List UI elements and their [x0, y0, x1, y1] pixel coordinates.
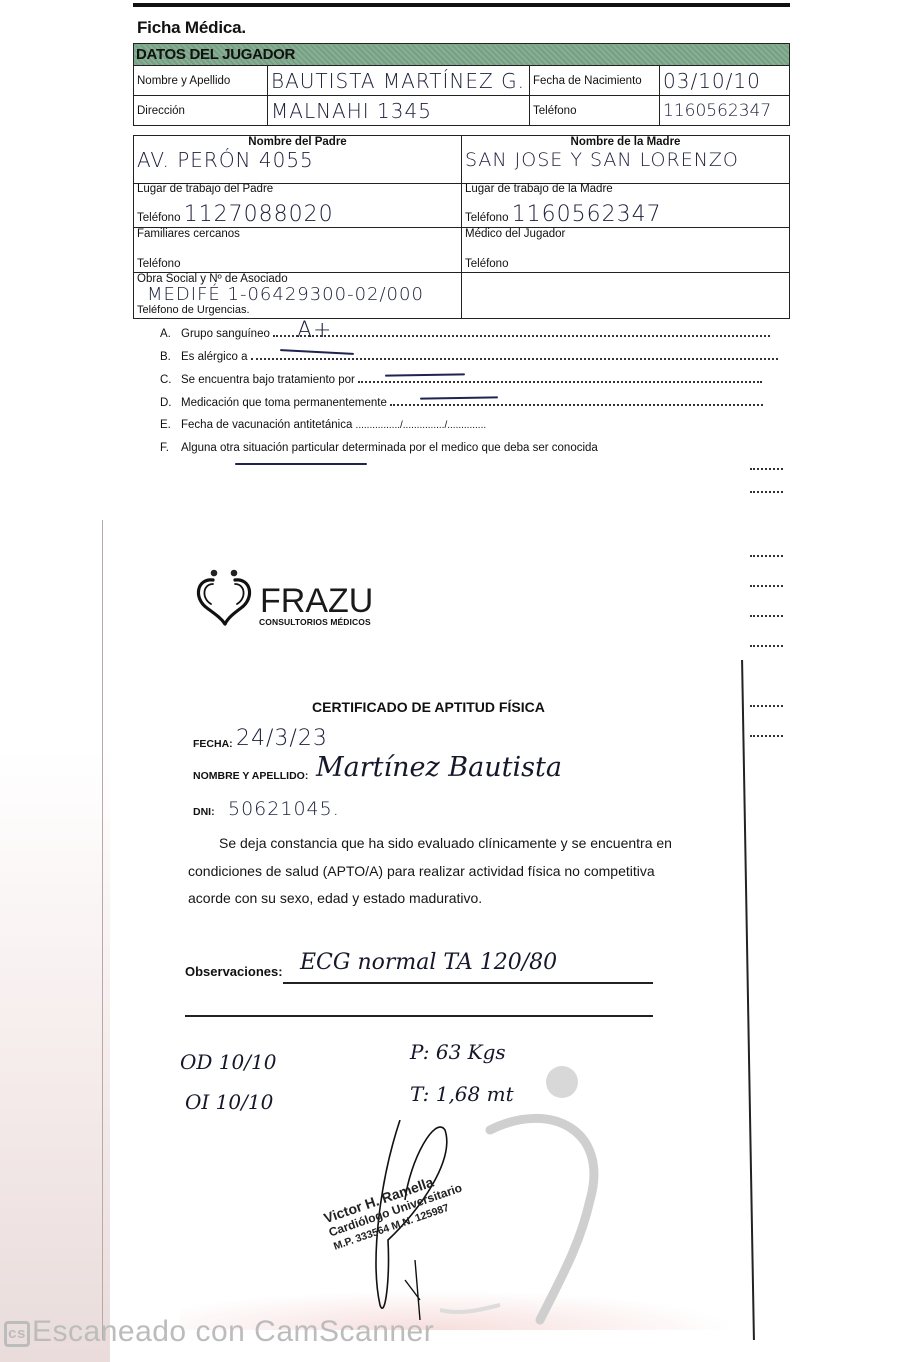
- clinic-name: FRAZU: [260, 582, 373, 621]
- question-letter: D.: [160, 397, 181, 409]
- vision-od-note: OD 10/10: [180, 1050, 276, 1074]
- relatives-label: Familiares cercanos: [137, 228, 458, 241]
- heart-figures-logo-icon: [195, 568, 257, 630]
- empty-cell: [462, 273, 790, 319]
- relatives-phone-label: Teléfono: [137, 258, 180, 271]
- observations-label: Observaciones:: [185, 964, 283, 979]
- question-letter: B.: [160, 351, 181, 363]
- question-letter: C.: [160, 374, 181, 386]
- vision-oi-note: OI 10/10: [185, 1090, 273, 1114]
- handwritten-dash: [235, 463, 367, 465]
- phone-field[interactable]: 1160562347: [660, 96, 790, 126]
- scanner-watermark: csEscaneado con CamScanner: [4, 1315, 434, 1349]
- dni-field[interactable]: 50621045.: [228, 798, 340, 820]
- certificate-title: CERTIFICADO DE APTITUD FÍSICA: [312, 699, 545, 715]
- question-letter: E.: [160, 419, 181, 431]
- insurance-field[interactable]: MEDIFÉ 1-06429300-02/000: [137, 286, 458, 304]
- question-text: Alguna otra situación particular determi…: [181, 442, 598, 454]
- vaccination-date-field[interactable]: ................/.............../.......…: [356, 420, 487, 431]
- parents-table: Nombre del Padre AV. PERÓN 4055 Lugar de…: [133, 135, 790, 319]
- certificate-body-line-1: Se deja constancia que ha sido evaluado …: [188, 829, 672, 857]
- observations-field[interactable]: ECG normal TA 120/80: [300, 950, 557, 975]
- question-text: Es alérgico a: [181, 351, 247, 363]
- mother-header: Nombre de la Madre: [465, 136, 786, 149]
- camscanner-logo-icon: cs: [4, 1321, 30, 1347]
- date-field[interactable]: 24/3/23: [236, 726, 328, 751]
- father-name-field[interactable]: AV. PERÓN 4055: [137, 149, 458, 171]
- mother-phone-label: Teléfono: [465, 212, 508, 224]
- mother-cell: Nombre de la Madre SAN JOSE Y SAN LORENZ…: [462, 136, 790, 184]
- question-a: A.Grupo sanguíneo: [160, 328, 770, 340]
- dotted-leader: [750, 468, 783, 470]
- page-title: Ficha Médica.: [137, 18, 246, 38]
- insurance-cell: Obra Social y Nº de Asociado MEDIFÉ 1-06…: [134, 273, 462, 319]
- dotted-leader: [750, 491, 783, 493]
- emergency-phone-label: Teléfono de Urgencias.: [137, 304, 458, 317]
- birth-date-label: Fecha de Nacimiento: [530, 66, 660, 96]
- name-label: Nombre y Apellido: [134, 66, 268, 96]
- question-text: Fecha de vacunación antitetánica: [181, 419, 352, 431]
- mother-phone-cell: Teléfono 1160562347: [462, 184, 790, 228]
- patient-name-field[interactable]: Martínez Bautista: [316, 752, 562, 783]
- question-text: Se encuentra bajo tratamiento por: [181, 374, 355, 386]
- phone-label: Teléfono: [530, 96, 660, 126]
- doctor-label: Médico del Jugador: [465, 228, 786, 241]
- observations-underline: [283, 982, 653, 984]
- player-data-table: DATOS DEL JUGADOR Nombre y Apellido BAUT…: [133, 43, 790, 126]
- doctor-phone-label: Teléfono: [465, 258, 508, 271]
- answer-line[interactable]: [273, 329, 770, 337]
- question-letter: F.: [160, 442, 181, 454]
- observations-second-line: [185, 1015, 653, 1017]
- date-label: FECHA:: [193, 738, 233, 750]
- dotted-leader: [750, 705, 783, 707]
- mother-name-field[interactable]: SAN JOSE Y SAN LORENZO: [465, 149, 786, 171]
- paper-edge-right: [741, 660, 755, 1340]
- certificate-body-line-2: condiciones de salud (APTO/A) para reali…: [188, 857, 655, 885]
- dotted-leader: [750, 645, 783, 647]
- patient-name-label: NOMBRE Y APELLIDO:: [193, 770, 308, 782]
- blood-type-answer[interactable]: A+: [297, 318, 332, 343]
- question-text: Medicación que toma permanentemente: [181, 397, 387, 409]
- father-cell: Nombre del Padre AV. PERÓN 4055 Lugar de…: [134, 136, 462, 184]
- player-section-header: DATOS DEL JUGADOR: [134, 44, 790, 66]
- address-label: Dirección: [134, 96, 268, 126]
- dni-label: DNI:: [193, 806, 215, 818]
- paper-shadow: [0, 0, 110, 1362]
- father-phone-label: Teléfono: [137, 212, 180, 224]
- question-b: B.Es alérgico a: [160, 351, 778, 363]
- relatives-cell: Familiares cercanos Teléfono: [134, 228, 462, 273]
- paper-edge-left: [102, 520, 103, 1340]
- father-phone-field[interactable]: 1127088020: [184, 202, 334, 227]
- scanner-text: Escaneado con CamScanner: [32, 1315, 434, 1348]
- certificate-body-line-3: acorde con su sexo, edad y estado madura…: [188, 884, 482, 912]
- doctor-cell: Médico del Jugador Teléfono: [462, 228, 790, 273]
- question-text: Grupo sanguíneo: [181, 328, 270, 340]
- question-f: F.Alguna otra situación particular deter…: [160, 442, 598, 454]
- question-e: E.Fecha de vacunación antitetánica .....…: [160, 419, 486, 431]
- question-c: C.Se encuentra bajo tratamiento por: [160, 374, 762, 386]
- clinic-subtitle: CONSULTORIOS MÉDICOS: [259, 617, 371, 627]
- mother-phone-field[interactable]: 1160562347: [512, 202, 662, 227]
- dotted-leader: [750, 555, 783, 557]
- name-field[interactable]: BAUTISTA MARTÍNEZ G.: [268, 66, 530, 96]
- answer-line[interactable]: [358, 375, 762, 383]
- question-letter: A.: [160, 328, 181, 340]
- dotted-leader: [750, 615, 783, 617]
- dotted-leader: [750, 585, 783, 587]
- address-field[interactable]: MALNAHI 1345: [268, 96, 530, 126]
- top-rule: [133, 3, 790, 7]
- birth-date-field[interactable]: 03/10/10: [660, 66, 790, 96]
- dotted-leader: [750, 735, 783, 737]
- father-phone-cell: Teléfono 1127088020: [134, 184, 462, 228]
